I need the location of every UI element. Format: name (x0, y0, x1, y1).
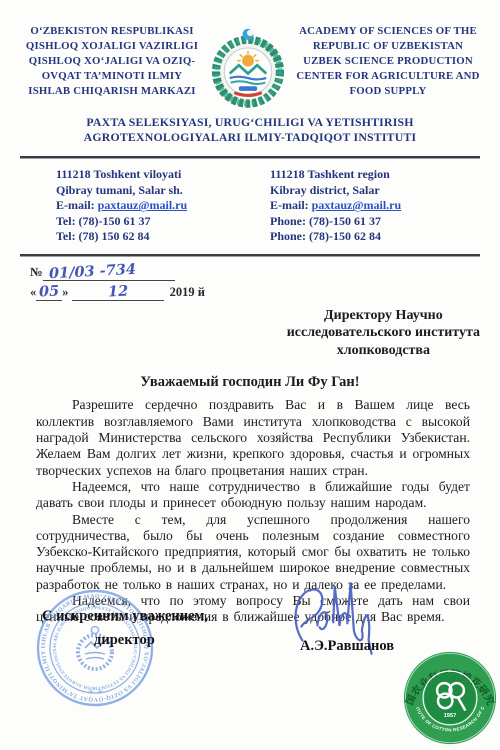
phone-line: Tel: (78) 150 62 84 (56, 229, 250, 245)
contact-uzbek: 111218 Toshkent viloyati Qibray tumani, … (0, 167, 250, 245)
recipient-line: исследовательского института (287, 324, 480, 342)
org-english-line: FOOD SUPPLY (294, 84, 482, 99)
phone-line: Phone: (78)-150 61 37 (270, 214, 500, 230)
org-uzbek-line: ISHLAB CHIQARISH MARKAZI (22, 84, 202, 99)
uzbekistan-emblem-icon (202, 24, 294, 110)
green-round-stamp-icon: 中国农业科学院棉花研究所 INSTITUTE OF COTTON RESEARC… (402, 650, 498, 746)
address-line: Kibray district, Salar (270, 183, 500, 199)
org-uzbek-line: OVQAT TA’MINOTI ILMIY (22, 69, 202, 84)
address-line: 111218 Toshkent viloyati (56, 167, 250, 183)
letterhead: O‘ZBEKISTON RESPUBLIKASI QISHLOQ XOJALIG… (0, 0, 500, 110)
month-line: 12 (72, 283, 164, 301)
reference-date-row: «05» 122019 й (30, 283, 500, 301)
institute-banner-line2: AGROTEXNOLOGIYALARI ILMIY-TADQIQOT INSTI… (0, 130, 500, 145)
handwritten-month: 12 (107, 282, 128, 300)
email-label: E-mail: (56, 198, 98, 212)
paragraph: Разрешите сердечно поздравить Вас и в Ва… (36, 397, 470, 478)
letter-page: O‘ZBEKISTON RESPUBLIKASI QISHLOQ XOJALIG… (0, 0, 500, 750)
closing-phrase: С искренним уважением, (42, 608, 208, 625)
org-english-line: UZBEK SCIENCE PRODUCTION (294, 54, 482, 69)
reference-number-line: 01/03 -734 (43, 263, 175, 281)
reference-block: №01/03 -734 «05» 122019 й (0, 257, 500, 301)
email-link: paxtauz@mail.ru (98, 198, 188, 212)
handwritten-day: 05 (39, 282, 60, 300)
phone-line: Tel: (78)-150 61 37 (56, 214, 250, 230)
institute-banner-line1: PAXTA SELEKSIYASI, URUG‘CHILIGI VA YETIS… (0, 115, 500, 130)
green-stamp-year: 1957 (444, 713, 457, 719)
signer-name: А.Э.Равшанов (300, 638, 394, 655)
contact-english: 111218 Tashkent region Kibray district, … (250, 167, 500, 245)
svg-text:✳: ✳ (88, 688, 94, 696)
org-uzbek-line: O‘ZBEKISTON RESPUBLIKASI (22, 24, 202, 39)
quote-close: » (62, 285, 68, 299)
recipient-line: хлопководства (287, 342, 480, 360)
org-english-line: ACADEMY OF SCIENCES OF THE (294, 24, 482, 39)
recipient-block: Директору Научно исследовательского инст… (287, 307, 480, 360)
institute-banner: PAXTA SELEKSIYASI, URUG‘CHILIGI VA YETIS… (0, 115, 500, 145)
org-name-english: ACADEMY OF SCIENCES OF THE REPUBLIC OF U… (294, 24, 482, 99)
year-label: 2019 й (170, 285, 205, 299)
signer-title: директор (94, 632, 155, 649)
reference-number-row: №01/03 -734 (30, 263, 500, 281)
org-uzbek-line: QISHLOQ XOJALIGI VAZIRLIGI (22, 39, 202, 54)
email-line: E-mail: paxtauz@mail.ru (56, 198, 250, 214)
paragraph: Надеемся, что наше сотрудничество в ближ… (36, 479, 470, 512)
email-link: paxtauz@mail.ru (312, 198, 402, 212)
email-line: E-mail: paxtauz@mail.ru (270, 198, 500, 214)
org-uzbek-line: QISHLOQ XO‘JALIGI VA OZIQ- (22, 54, 202, 69)
recipient-line: Директору Научно (287, 307, 480, 325)
day-line: 05 (36, 283, 62, 301)
org-english-line: REPUBLIC OF UZBEKISTAN (294, 39, 482, 54)
address-line: 111218 Tashkent region (270, 167, 500, 183)
handwritten-reference-number: 01/03 -734 (48, 261, 136, 283)
org-name-uzbek: O‘ZBEKISTON RESPUBLIKASI QISHLOQ XOJALIG… (22, 24, 202, 99)
email-label: E-mail: (270, 198, 312, 212)
salutation: Уважаемый господин Ли Фу Ган! (0, 374, 500, 391)
signature-area: O‘ZBEKISTON QISHLOQ XO‘JALIGI VA OZIQ-OV… (0, 576, 500, 750)
phone-line: Phone: (78)-150 62 84 (270, 229, 500, 245)
address-line: Qibray tumani, Salar sh. (56, 183, 250, 199)
svg-text:✳: ✳ (97, 688, 103, 696)
number-label: № (30, 265, 43, 279)
contact-block: 111218 Toshkent viloyati Qibray tumani, … (0, 159, 500, 254)
org-english-line: CENTER FOR AGRICULTURE AND (294, 69, 482, 84)
